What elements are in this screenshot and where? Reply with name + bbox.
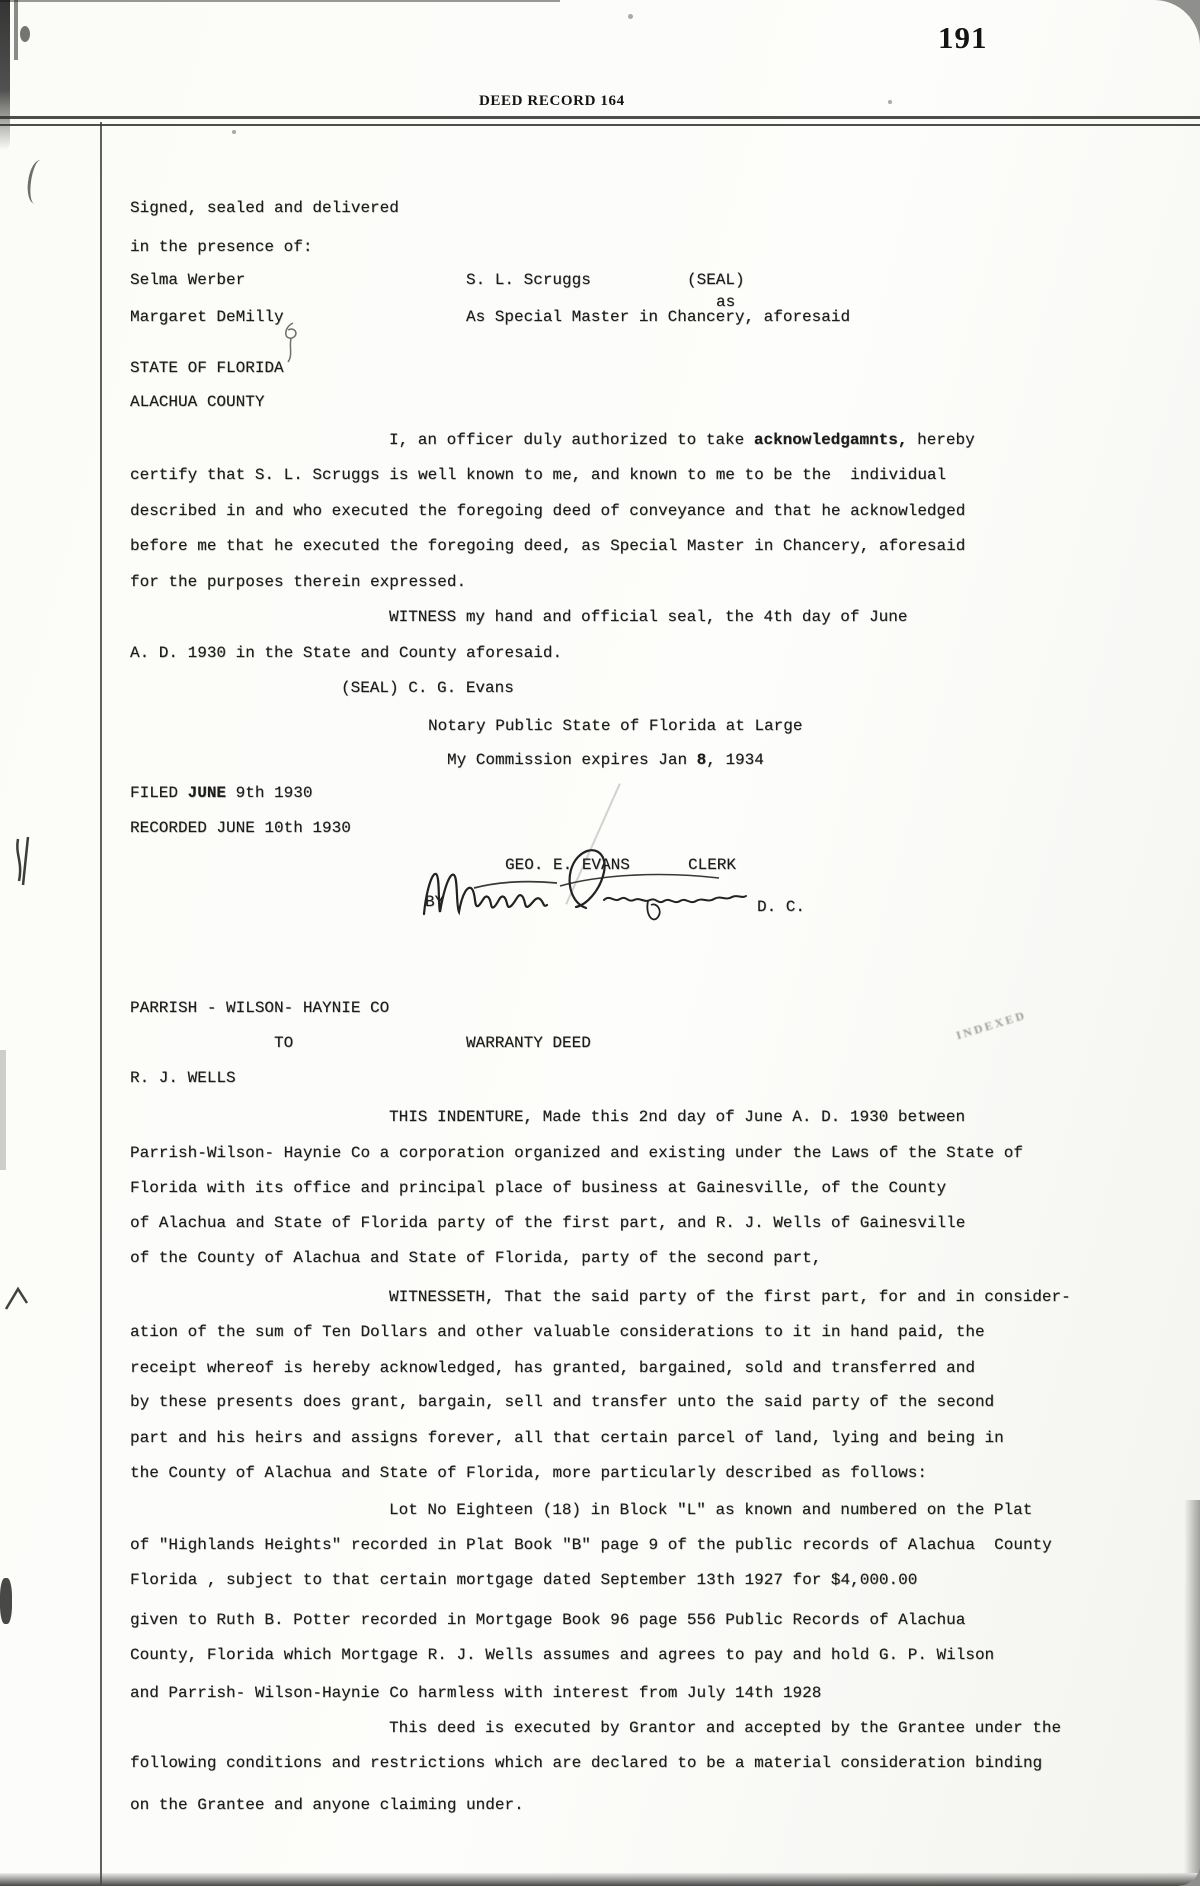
deed-body-line: the County of Alachua and State of Flori… [130, 1464, 927, 1482]
deputy-clerk-label: D. C. [757, 898, 805, 916]
deed-body-line: of "Highlands Heights" recorded in Plat … [130, 1536, 1052, 1554]
scan-left-streak [0, 0, 10, 150]
ack-cert-line-1-bold: acknowledgamnts, [754, 431, 908, 449]
ack-witness-seal-line-1: WITNESS my hand and official seal, the 4… [389, 608, 907, 626]
deed-doc-type: WARRANTY DEED [466, 1034, 591, 1052]
deed-body-line: following conditions and restrictions wh… [130, 1754, 1042, 1772]
header-rule-bottom [0, 124, 1200, 126]
deed-body-line: Florida with its office and principal pl… [130, 1179, 946, 1197]
scan-blob [20, 26, 30, 42]
ack-cert-line-1-post: hereby [907, 431, 974, 449]
deed-body-line: on the Grantee and anyone claiming under… [130, 1796, 524, 1814]
deed-body-line: This deed is executed by Grantor and acc… [389, 1719, 1061, 1737]
scanned-deed-page: { "page": { "number": "191", "header_tit… [0, 0, 1200, 1886]
scan-faint-streak [0, 1050, 6, 1170]
ack-witness-2: Margaret DeMilly [130, 308, 284, 326]
ack-county-line: ALACHUA COUNTY [130, 393, 264, 411]
scan-right-shadow [1184, 1500, 1200, 1873]
scan-top-edge [0, 0, 560, 2]
ack-cert-line-4: before me that he executed the foregoing… [130, 537, 965, 555]
deed-to-label: TO [274, 1034, 293, 1052]
ack-commission-line: My Commission expires Jan 8, 1934 [447, 751, 764, 769]
ack-witness-1: Selma Werber [130, 271, 245, 289]
ack-cert-line-1-pre: I, an officer duly authorized to take [389, 431, 754, 449]
ack-state-line: STATE OF FLORIDA [130, 359, 284, 377]
left-margin-rule [100, 122, 102, 1886]
scan-paren-mark [25, 159, 50, 205]
ack-commission-post: , 1934 [706, 751, 764, 769]
deed-body-line: Lot No Eighteen (18) in Block "L" as kno… [389, 1501, 1032, 1519]
ack-cert-line-1: I, an officer duly authorized to take ac… [389, 431, 975, 449]
scan-pen-scribble [12, 835, 38, 887]
ack-notary-seal-line: (SEAL) C. G. Evans [341, 679, 514, 697]
ack-cert-line-3: described in and who executed the forego… [130, 502, 965, 520]
ack-presence-line-2: in the presence of: [130, 238, 312, 256]
scan-speck [888, 100, 892, 104]
ack-cert-line-5: for the purposes therein expressed. [130, 573, 466, 591]
deed-body-line: WITNESSETH, That the said party of the f… [389, 1288, 1071, 1306]
deed-body-line: and Parrish- Wilson-Haynie Co harmless w… [130, 1684, 821, 1702]
ack-signer-title: As Special Master in Chancery, aforesaid [466, 308, 850, 326]
paper-sheet: 191 DEED RECORD 164 Signed, sealed and d… [0, 0, 1200, 1886]
deed-body-line: receipt whereof is hereby acknowledged, … [130, 1359, 975, 1377]
ack-notary-title-line: Notary Public State of Florida at Large [428, 717, 802, 735]
deed-grantee: R. J. WELLS [130, 1069, 236, 1087]
ledger-header-title: DEED RECORD 164 [479, 93, 625, 110]
deed-body-line: given to Ruth B. Potter recorded in Mort… [130, 1611, 965, 1629]
deed-body-line: of the County of Alachua and State of Fl… [130, 1249, 821, 1267]
ack-presence-line-1: Signed, sealed and delivered [130, 199, 399, 217]
scan-left-streak-2 [14, 0, 18, 60]
header-rule-top [0, 116, 1200, 119]
deed-body-line: of Alachua and State of Florida party of… [130, 1214, 965, 1232]
scan-check-mark [4, 1283, 32, 1315]
ack-seal-label: (SEAL) [687, 271, 745, 289]
recorded-line: RECORDED JUNE 10th 1930 [130, 819, 351, 837]
handwritten-signature [414, 842, 764, 942]
filed-month: JUNE [188, 784, 226, 802]
scan-smudge [0, 1578, 12, 1624]
ack-commission-pre: My Commission expires Jan [447, 751, 697, 769]
deed-body-line: County, Florida which Mortgage R. J. Wel… [130, 1646, 994, 1664]
deed-body-line: part and his heirs and assigns forever, … [130, 1429, 1004, 1447]
filed-label: FILED [130, 784, 188, 802]
deed-body-line: Parrish-Wilson- Haynie Co a corporation … [130, 1144, 1023, 1162]
scan-bottom-edge [0, 1873, 1200, 1886]
deed-body-line: by these presents does grant, bargain, s… [130, 1393, 994, 1411]
deed-body-line: THIS INDENTURE, Made this 2nd day of Jun… [389, 1108, 965, 1126]
filed-line: FILED JUNE 9th 1930 [130, 784, 312, 802]
ack-witness-seal-line-2: A. D. 1930 in the State and County afore… [130, 644, 562, 662]
page-number: 191 [938, 20, 988, 56]
scan-speck [232, 130, 236, 134]
scan-speck [628, 14, 633, 19]
ack-commission-bold: 8 [697, 751, 707, 769]
deed-body-line: Florida , subject to that certain mortga… [130, 1571, 917, 1589]
ack-signer-name: S. L. Scruggs [466, 271, 591, 289]
deed-grantor: PARRISH - WILSON- HAYNIE CO [130, 999, 389, 1017]
indexed-stamp: INDEXED [954, 1008, 1028, 1044]
ack-cert-line-2: certify that S. L. Scruggs is well known… [130, 466, 946, 484]
filed-date: 9th 1930 [226, 784, 312, 802]
deed-body-line: ation of the sum of Ten Dollars and othe… [130, 1323, 985, 1341]
